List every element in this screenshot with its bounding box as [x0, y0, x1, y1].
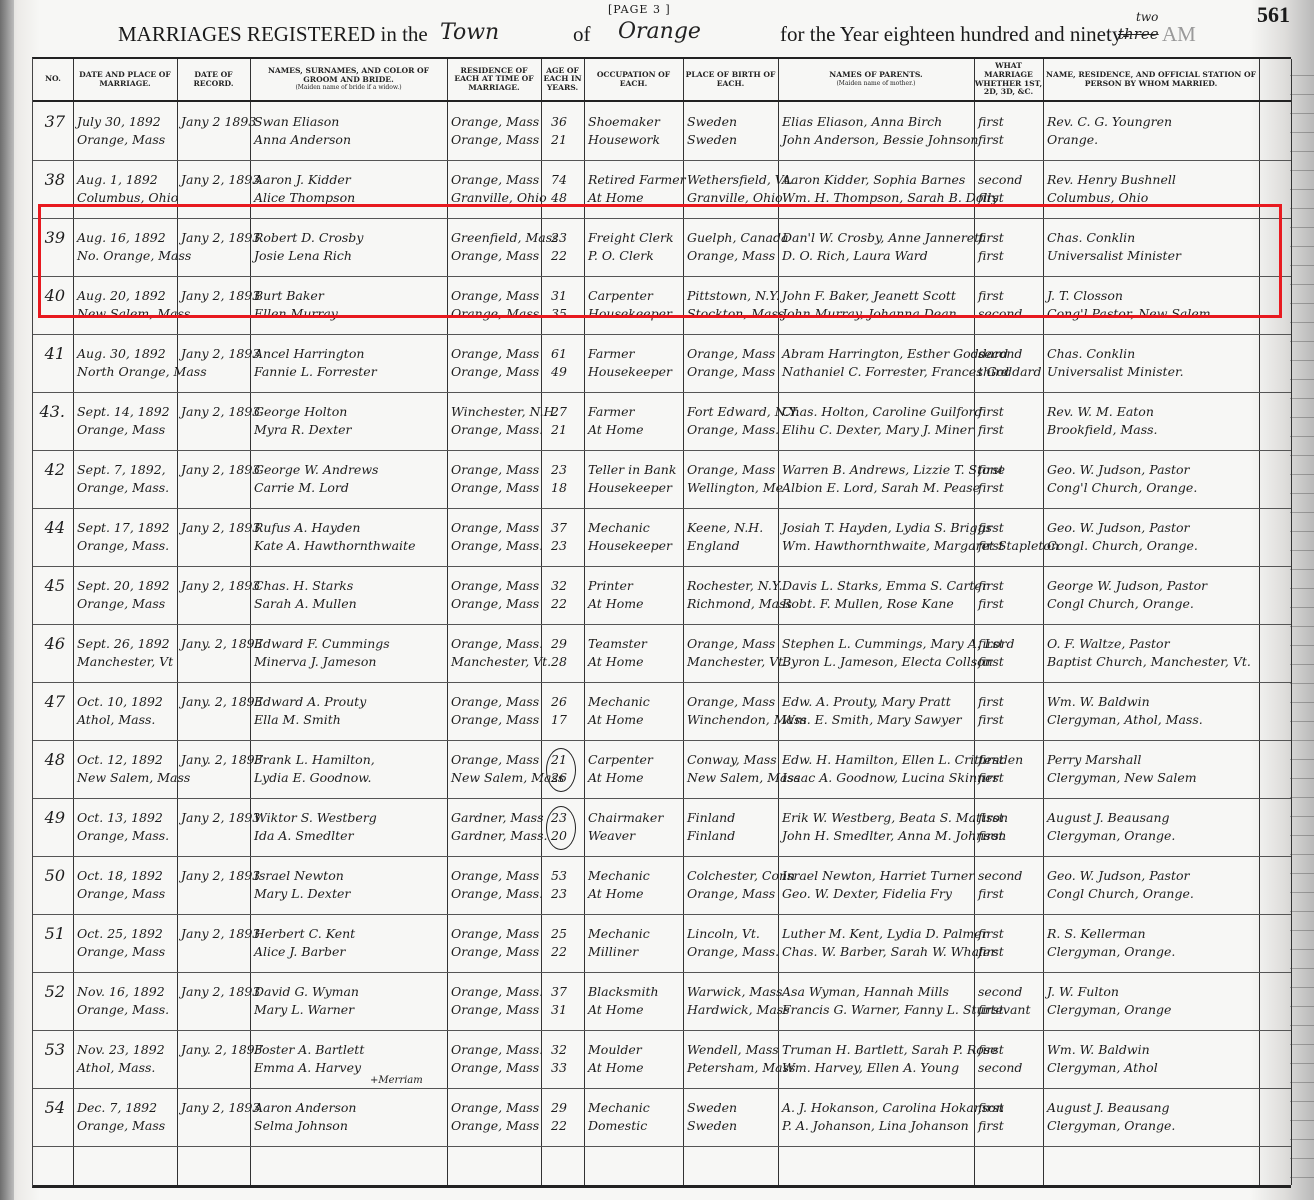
cell-birthplace: Orange, MassWinchendon, Mass: [683, 682, 778, 740]
cell-record-date: Jany 2, 1893: [177, 508, 250, 566]
cell-parents: Israel Newton, Harriet TurnerGeo. W. Dex…: [778, 856, 974, 914]
cell-entry-number: 41: [33, 334, 69, 392]
cell-residence: Orange, MassOrange, Mass: [447, 682, 541, 740]
column-header-label: Age of each in years.: [541, 67, 584, 93]
cell-birthplace: SwedenSweden: [683, 102, 778, 160]
date-place-line-2: New Salem, Mass: [77, 306, 190, 321]
column-header-note: (Maiden name of mother.): [836, 80, 915, 88]
cell-residence: Greenfield, MassOrange, Mass: [447, 218, 541, 276]
age-line-1: 74: [551, 172, 567, 187]
officiant-line-2: Congl. Church, Orange.: [1047, 538, 1198, 553]
cell-parents: Edw. H. Hamilton, Ellen L. CrittendenIsa…: [778, 740, 974, 798]
marriage-order-line-2: first: [978, 480, 1004, 495]
names-line-1: Swan Eliason: [254, 114, 339, 129]
officiant-line-2: Clergyman, Athol: [1047, 1060, 1158, 1075]
column-header-residence: Residence of Each at Time of Marriage.: [447, 59, 541, 100]
residence-line-2: Gardner, Mass.: [451, 828, 547, 843]
residence-line-2: Orange, Mass.: [451, 538, 543, 553]
record-date-line-1: Jany 2, 1893: [181, 868, 260, 883]
residence-line-1: Orange, Mass.: [451, 636, 543, 651]
cell-parents: Luther M. Kent, Lydia D. PalmerChas. W. …: [778, 914, 974, 972]
column-header-label: No.: [45, 75, 61, 84]
age-line-2: 22: [551, 1118, 567, 1133]
names-line-2: Alice J. Barber: [254, 944, 345, 959]
birthplace-line-1: Pittstown, N.Y.: [687, 288, 780, 303]
date-place-line-2: New Salem, Mass: [77, 770, 190, 785]
cell-occupation: FarmerHousekeeper: [584, 334, 683, 392]
cell-parents: Stephen L. Cummings, Mary A. LordByron L…: [778, 624, 974, 682]
cell-record-date: Jany 2, 1893: [177, 914, 250, 972]
occupation-line-2: At Home: [588, 422, 643, 437]
cell-birthplace: Rochester, N.Y.Richmond, Mass: [683, 566, 778, 624]
cell-occupation: PrinterAt Home: [584, 566, 683, 624]
parents-line-1: Edw. A. Prouty, Mary Pratt: [782, 694, 951, 709]
date-place-line-2: No. Orange, Mass: [77, 248, 191, 263]
cell-record-date: Jany 2, 1893: [177, 972, 250, 1030]
age-line-1: 32: [551, 578, 567, 593]
names-line-1: Frank L. Hamilton,: [254, 752, 375, 767]
age-line-1: 32: [551, 1042, 567, 1057]
cell-officiant: Rev. Henry BushnellColumbus, Ohio: [1043, 160, 1259, 218]
cell-marriage-order: firstfirst: [974, 450, 1043, 508]
column-header-occupation: Occupation of Each.: [584, 59, 683, 100]
residence-line-2: Orange, Mass.: [451, 886, 543, 901]
birthplace-line-2: Orange, Mass.: [687, 422, 779, 437]
cell-occupation: MechanicDomestic: [584, 1088, 683, 1146]
age-line-2: 48: [551, 190, 567, 205]
cell-marriage-order: firstfirst: [974, 798, 1043, 856]
cell-officiant: Geo. W. Judson, PastorCongl. Church, Ora…: [1043, 508, 1259, 566]
cell-names: Frank L. Hamilton,Lydia E. Goodnow.: [250, 740, 447, 798]
parents-line-2: P. A. Johanson, Lina Johanson: [782, 1118, 969, 1133]
marriage-order-line-2: second: [978, 306, 1022, 321]
parents-line-2: Albion E. Lord, Sarah M. Pease: [782, 480, 980, 495]
cell-names: Rufus A. HaydenKate A. Hawthornthwaite: [250, 508, 447, 566]
names-line-1: Aaron J. Kidder: [254, 172, 351, 187]
birthplace-line-1: Wendell, Mass: [687, 1042, 779, 1057]
birthplace-line-1: Guelph, Canada: [687, 230, 788, 245]
marriage-order-line-2: first: [978, 596, 1004, 611]
date-place-line-1: Oct. 18, 1892: [77, 868, 163, 883]
register-page: [PAGE 3 ] 561 MARRIAGES REGISTERED in th…: [0, 0, 1314, 1200]
entry-number-line-1: 46: [45, 634, 65, 653]
date-place-line-1: July 30, 1892: [77, 114, 161, 129]
occupation-line-1: Farmer: [588, 404, 634, 419]
cell-age: 3621: [541, 102, 584, 160]
marriage-order-line-1: first: [978, 1042, 1004, 1057]
register-entry-44: 44Sept. 17, 1892Orange, Mass.Jany 2, 189…: [33, 508, 1291, 567]
cell-occupation: ShoemakerHousework: [584, 102, 683, 160]
register-entry-40: 40Aug. 20, 1892New Salem, MassJany 2, 18…: [33, 276, 1291, 335]
entry-number-line-1: 52: [45, 982, 65, 1001]
birthplace-line-1: Lincoln, Vt.: [687, 926, 760, 941]
parents-line-1: Dan'l W. Crosby, Anne Jannerett: [782, 230, 984, 245]
date-place-line-1: Sept. 20, 1892: [77, 578, 170, 593]
cell-age: 6149: [541, 334, 584, 392]
marriage-order-line-1: first: [978, 230, 1004, 245]
marriage-order-line-1: first: [978, 926, 1004, 941]
names-line-2: Minerva J. Jameson: [254, 654, 376, 669]
column-header-label: Occupation of Each.: [584, 71, 683, 88]
date-place-line-1: Dec. 7, 1892: [77, 1100, 157, 1115]
marriage-order-line-1: first: [978, 578, 1004, 593]
cell-date-place: Nov. 23, 1892Athol, Mass.: [73, 1030, 177, 1088]
cell-names: Burt BakerEllen Murray: [250, 276, 447, 334]
record-date-line-1: Jany 2, 1893: [181, 230, 260, 245]
parents-line-2: Robt. F. Mullen, Rose Kane: [782, 596, 954, 611]
occupation-line-1: Retired Farmer: [588, 172, 686, 187]
entry-number-line-1: 41: [45, 344, 65, 363]
occupation-line-2: At Home: [588, 886, 643, 901]
officiant-line-1: Rev. W. M. Eaton: [1047, 404, 1154, 419]
names-line-2: Myra R. Dexter: [254, 422, 352, 437]
register-entry-38: 38Aug. 1, 1892Columbus, OhioJany 2, 1893…: [33, 160, 1291, 219]
cell-occupation: CarpenterHousekeeper: [584, 276, 683, 334]
officiant-line-1: Chas. Conklin: [1047, 346, 1135, 361]
parents-line-1: Davis L. Starks, Emma S. Carter: [782, 578, 988, 593]
occupation-line-1: Shoemaker: [588, 114, 660, 129]
entry-number-line-1: 47: [45, 692, 65, 711]
officiant-line-1: Geo. W. Judson, Pastor: [1047, 462, 1190, 477]
cell-marriage-order: firstfirst: [974, 1088, 1043, 1146]
occupation-line-1: Carpenter: [588, 288, 653, 303]
occupation-line-2: P. O. Clerk: [588, 248, 654, 263]
column-header-label: Date and Place of Marriage.: [73, 71, 177, 88]
entry-number-line-1: 45: [45, 576, 65, 595]
cell-occupation: ChairmakerWeaver: [584, 798, 683, 856]
cell-age: 2126: [541, 740, 584, 798]
parents-line-2: Chas. W. Barber, Sarah W. Whaler: [782, 944, 996, 959]
margin-ruling: [1290, 57, 1314, 1183]
cell-birthplace: Warwick, MassHardwick, Mass: [683, 972, 778, 1030]
cell-entry-number: 39: [33, 218, 69, 276]
marriage-order-line-1: first: [978, 520, 1004, 535]
cell-residence: Orange, Mass.Manchester, Vt.: [447, 624, 541, 682]
officiant-line-2: Clergyman, Orange.: [1047, 1118, 1175, 1133]
parents-line-2: Isaac A. Goodnow, Lucina Skinner: [782, 770, 998, 785]
residence-line-1: Orange, Mass: [451, 752, 539, 767]
occupation-line-1: Mechanic: [588, 520, 650, 535]
occupation-line-2: Weaver: [588, 828, 635, 843]
officiant-line-2: Orange.: [1047, 132, 1098, 147]
cell-date-place: July 30, 1892Orange, Mass: [73, 102, 177, 160]
residence-line-2: Orange, Mass: [451, 596, 539, 611]
names-line-2: Lydia E. Goodnow.: [254, 770, 371, 785]
birthplace-line-2: Orange, Mass: [687, 364, 775, 379]
marriage-order-line-2: first: [978, 828, 1004, 843]
marriage-order-line-1: first: [978, 752, 1004, 767]
officiant-line-2: Congl Church, Orange.: [1047, 596, 1194, 611]
entry-number-line-1: 51: [45, 924, 65, 943]
occupation-line-1: Freight Clerk: [588, 230, 674, 245]
residence-line-2: Manchester, Vt.: [451, 654, 551, 669]
record-date-line-1: Jany 2 1893: [181, 114, 256, 129]
cell-marriage-order: firstfirst: [974, 508, 1043, 566]
record-date-line-1: Jany 2, 1893: [181, 404, 260, 419]
column-header-date_place: Date and Place of Marriage.: [73, 59, 177, 100]
date-place-line-1: Aug. 16, 1892: [77, 230, 166, 245]
record-date-line-1: Jany 2, 1893: [181, 926, 260, 941]
marriage-register-table: No.Date and Place of Marriage.Date of Re…: [32, 57, 1291, 1188]
marriage-order-line-2: first: [978, 248, 1004, 263]
binding-edge: [0, 0, 14, 1200]
age-line-2: 49: [551, 364, 567, 379]
age-line-1: 37: [551, 520, 567, 535]
cell-date-place: Oct. 13, 1892Orange, Mass.: [73, 798, 177, 856]
cell-names: Wiktor S. WestbergIda A. Smedlter: [250, 798, 447, 856]
residence-line-2: Orange, Mass: [451, 944, 539, 959]
birthplace-line-2: Orange, Mass.: [687, 944, 779, 959]
cell-date-place: Sept. 17, 1892Orange, Mass.: [73, 508, 177, 566]
cell-entry-number: 46: [33, 624, 69, 682]
age-line-2: 23: [551, 538, 567, 553]
cell-occupation: BlacksmithAt Home: [584, 972, 683, 1030]
cell-names: Herbert C. KentAlice J. Barber: [250, 914, 447, 972]
cell-officiant: J. W. FultonClergyman, Orange: [1043, 972, 1259, 1030]
date-place-line-1: Oct. 25, 1892: [77, 926, 163, 941]
entry-number-line-1: 53: [45, 1040, 65, 1059]
cell-residence: Orange, MassOrange, Mass: [447, 102, 541, 160]
occupation-line-2: Housekeeper: [588, 306, 672, 321]
occupation-line-1: Printer: [588, 578, 633, 593]
cell-residence: Orange, MassOrange, Mass: [447, 276, 541, 334]
officiant-line-1: O. F. Waltze, Pastor: [1047, 636, 1170, 651]
cell-birthplace: Fort Edward, N.Y.Orange, Mass.: [683, 392, 778, 450]
age-line-2: 22: [551, 596, 567, 611]
marriage-order-line-1: second: [978, 984, 1022, 999]
cell-residence: Orange, MassNew Salem, Mass: [447, 740, 541, 798]
marriage-order-line-1: second: [978, 868, 1022, 883]
parents-line-2: Wm. H. Thompson, Sarah B. Dolly: [782, 190, 998, 205]
marriage-order-line-1: second: [978, 172, 1022, 187]
cell-birthplace: Wethersfield, Vt.Granville, Ohio: [683, 160, 778, 218]
age-circle-mark: [546, 806, 576, 850]
register-entry-49: 49Oct. 13, 1892Orange, Mass.Jany 2, 1893…: [33, 798, 1291, 857]
residence-line-2: Orange, Mass: [451, 1002, 539, 1017]
cell-parents: John F. Baker, Jeanett ScottJohn Murray,…: [778, 276, 974, 334]
age-line-2: 21: [551, 422, 567, 437]
date-place-line-2: Columbus, Ohio: [77, 190, 178, 205]
cell-names: George W. AndrewsCarrie M. Lord: [250, 450, 447, 508]
officiant-line-1: Rev. C. G. Youngren: [1047, 114, 1172, 129]
cell-occupation: Teller in BankHousekeeper: [584, 450, 683, 508]
age-line-2: 22: [551, 944, 567, 959]
cell-residence: Orange, Mass.Orange, Mass: [447, 972, 541, 1030]
record-date-line-1: Jany 2, 1893: [181, 984, 260, 999]
cell-age: 3731: [541, 972, 584, 1030]
marriage-order-line-2: first: [978, 538, 1004, 553]
cell-age: 3135: [541, 276, 584, 334]
cell-occupation: Freight ClerkP. O. Clerk: [584, 218, 683, 276]
cell-entry-number: 42: [33, 450, 69, 508]
marriage-order-line-1: first: [978, 810, 1004, 825]
officiant-line-1: Chas. Conklin: [1047, 230, 1135, 245]
marriage-order-line-1: first: [978, 636, 1004, 651]
cell-birthplace: Orange, MassWellington, Me: [683, 450, 778, 508]
municipality-type: Town: [440, 20, 499, 45]
date-place-line-2: Orange, Mass.: [77, 480, 169, 495]
occupation-line-2: At Home: [588, 1060, 643, 1075]
cell-entry-number: 53: [33, 1030, 69, 1088]
cell-birthplace: FinlandFinland: [683, 798, 778, 856]
birthplace-line-1: Wethersfield, Vt.: [687, 172, 793, 187]
officiant-line-1: R. S. Kellerman: [1047, 926, 1146, 941]
residence-line-2: Orange, Mass: [451, 712, 539, 727]
cell-date-place: Sept. 7, 1892,Orange, Mass.: [73, 450, 177, 508]
occupation-line-1: Carpenter: [588, 752, 653, 767]
age-line-1: 26: [551, 694, 567, 709]
column-header-marriage_order: What Marriage Whether 1st, 2d, 3d, &c.: [974, 59, 1043, 100]
of-label: of: [573, 22, 591, 47]
register-entry-54: 54Dec. 7, 1892Orange, MassJany 2, 1893Aa…: [33, 1088, 1291, 1147]
cell-officiant: Rev. W. M. EatonBrookfield, Mass.: [1043, 392, 1259, 450]
birthplace-line-2: Richmond, Mass: [687, 596, 792, 611]
cell-residence: Orange, MassGranville, Ohio: [447, 160, 541, 218]
cell-officiant: J. T. ClossonCong'l Pastor, New Salem: [1043, 276, 1259, 334]
cell-occupation: MechanicAt Home: [584, 856, 683, 914]
year-struck: three: [1118, 25, 1159, 43]
birthplace-line-1: Warwick, Mass: [687, 984, 783, 999]
marriage-order-line-2: third: [978, 364, 1009, 379]
cell-date-place: Sept. 20, 1892Orange, Mass: [73, 566, 177, 624]
cell-marriage-order: firstfirst: [974, 566, 1043, 624]
cell-date-place: Oct. 12, 1892New Salem, Mass: [73, 740, 177, 798]
names-line-1: Rufus A. Hayden: [254, 520, 360, 535]
cell-names: Israel NewtonMary L. Dexter: [250, 856, 447, 914]
cell-residence: Orange, MassOrange, Mass: [447, 566, 541, 624]
cell-date-place: Aug. 1, 1892Columbus, Ohio: [73, 160, 177, 218]
cell-names: George HoltonMyra R. Dexter: [250, 392, 447, 450]
birthplace-line-1: Conway, Mass: [687, 752, 777, 767]
date-place-line-1: Aug. 30, 1892: [77, 346, 166, 361]
marriage-order-line-1: first: [978, 288, 1004, 303]
marriage-order-line-2: first: [978, 944, 1004, 959]
officiant-line-1: Geo. W. Judson, Pastor: [1047, 868, 1190, 883]
occupation-line-1: Chairmaker: [588, 810, 663, 825]
cell-entry-number: 49: [33, 798, 69, 856]
date-place-line-1: Sept. 26, 1892: [77, 636, 170, 651]
record-date-line-1: Jany 2, 1893: [181, 578, 260, 593]
cell-age: 2928: [541, 624, 584, 682]
parents-line-1: Luther M. Kent, Lydia D. Palmer: [782, 926, 988, 941]
parents-line-1: Truman H. Bartlett, Sarah P. Rose: [782, 1042, 998, 1057]
cell-entry-number: 50: [33, 856, 69, 914]
register-entry-51: 51Oct. 25, 1892Orange, MassJany 2, 1893H…: [33, 914, 1291, 973]
cell-entry-number: 48: [33, 740, 69, 798]
date-place-line-2: Orange, Mass: [77, 886, 165, 901]
cell-parents: Edw. A. Prouty, Mary PrattWm. E. Smith, …: [778, 682, 974, 740]
cell-record-date: Jany 2, 1893: [177, 1088, 250, 1146]
marriage-order-line-2: first: [978, 770, 1004, 785]
cell-age: 2318: [541, 450, 584, 508]
names-line-2: Ella M. Smith: [254, 712, 341, 727]
age-line-1: 61: [551, 346, 567, 361]
date-place-line-2: Orange, Mass: [77, 422, 165, 437]
marriage-order-line-2: first: [978, 712, 1004, 727]
cell-marriage-order: secondfirst: [974, 160, 1043, 218]
date-place-line-2: Orange, Mass: [77, 1118, 165, 1133]
cell-date-place: Nov. 16, 1892Orange, Mass.: [73, 972, 177, 1030]
cell-entry-number: 37: [33, 102, 69, 160]
birthplace-line-2: Wellington, Me: [687, 480, 783, 495]
birthplace-line-1: Orange, Mass: [687, 462, 775, 477]
officiant-line-2: Baptist Church, Manchester, Vt.: [1047, 654, 1251, 669]
cell-age: 2617: [541, 682, 584, 740]
cell-record-date: Jany 2, 1893: [177, 392, 250, 450]
occupation-line-2: At Home: [588, 190, 643, 205]
entry-number-line-1: 54: [45, 1098, 65, 1117]
cell-date-place: Oct. 25, 1892Orange, Mass: [73, 914, 177, 972]
cell-age: 2522: [541, 914, 584, 972]
parents-line-2: Byron L. Jameson, Electa Collson: [782, 654, 993, 669]
date-place-line-1: Nov. 23, 1892: [77, 1042, 165, 1057]
date-place-line-2: Orange, Mass.: [77, 1002, 169, 1017]
record-date-line-1: Jany 2, 1893: [181, 520, 260, 535]
residence-line-2: Granville, Ohio: [451, 190, 547, 205]
cell-names: Swan EliasonAnna Anderson: [250, 102, 447, 160]
cell-marriage-order: firstfirst: [974, 682, 1043, 740]
residence-line-1: Orange, Mass: [451, 346, 539, 361]
bride-former-name-note: +Merriam: [370, 1075, 423, 1086]
cell-residence: Orange, MassOrange, Mass: [447, 914, 541, 972]
cell-record-date: Jany 2, 1893: [177, 450, 250, 508]
cell-entry-number: 40: [33, 276, 69, 334]
marriage-order-line-1: first: [978, 462, 1004, 477]
cell-entry-number: 51: [33, 914, 69, 972]
cell-parents: A. J. Hokanson, Carolina HokansonP. A. J…: [778, 1088, 974, 1146]
occupation-line-2: Milliner: [588, 944, 638, 959]
date-place-line-2: Orange, Mass: [77, 132, 165, 147]
cell-parents: Elias Eliason, Anna BirchJohn Anderson, …: [778, 102, 974, 160]
parents-line-1: John F. Baker, Jeanett Scott: [782, 288, 956, 303]
cell-age: 2322: [541, 218, 584, 276]
names-line-2: Sarah A. Mullen: [254, 596, 357, 611]
age-line-2: 31: [551, 1002, 567, 1017]
cell-date-place: Aug. 16, 1892No. Orange, Mass: [73, 218, 177, 276]
names-line-1: Edward F. Cummings: [254, 636, 390, 651]
cell-age: 2922: [541, 1088, 584, 1146]
cell-parents: Erik W. Westberg, Beata S. MattsonJohn H…: [778, 798, 974, 856]
column-header-parents: Names of Parents.(Maiden name of mother.…: [778, 59, 974, 100]
names-line-2: Selma Johnson: [254, 1118, 348, 1133]
age-line-1: 23: [551, 230, 567, 245]
cell-age: 2320: [541, 798, 584, 856]
age-line-1: 36: [551, 114, 567, 129]
cell-parents: Asa Wyman, Hannah MillsFrancis G. Warner…: [778, 972, 974, 1030]
birthplace-line-1: Finland: [687, 810, 735, 825]
marriage-order-line-2: first: [978, 1118, 1004, 1133]
occupation-line-1: Mechanic: [588, 1100, 650, 1115]
date-place-line-1: Oct. 12, 1892: [77, 752, 163, 767]
occupation-line-1: Mechanic: [588, 926, 650, 941]
residence-line-1: Orange, Mass: [451, 462, 539, 477]
year-trailing-mark: AM: [1162, 22, 1196, 47]
cell-age: 3233: [541, 1030, 584, 1088]
residence-line-1: Orange, Mass.: [451, 1042, 543, 1057]
occupation-line-2: At Home: [588, 770, 643, 785]
officiant-line-2: Clergyman, Athol, Mass.: [1047, 712, 1203, 727]
parents-line-2: Wm. Harvey, Ellen A. Young: [782, 1060, 959, 1075]
occupation-line-1: Teamster: [588, 636, 647, 651]
entry-number-line-1: 42: [45, 460, 65, 479]
age-line-2: 18: [551, 480, 567, 495]
marriage-order-line-1: first: [978, 114, 1004, 129]
cell-birthplace: Conway, MassNew Salem, Mass: [683, 740, 778, 798]
date-place-line-1: Aug. 1, 1892: [77, 172, 158, 187]
birthplace-line-2: Manchester, Vt.: [687, 654, 787, 669]
record-date-line-1: Jany 2, 1893: [181, 346, 260, 361]
occupation-line-1: Blacksmith: [588, 984, 659, 999]
